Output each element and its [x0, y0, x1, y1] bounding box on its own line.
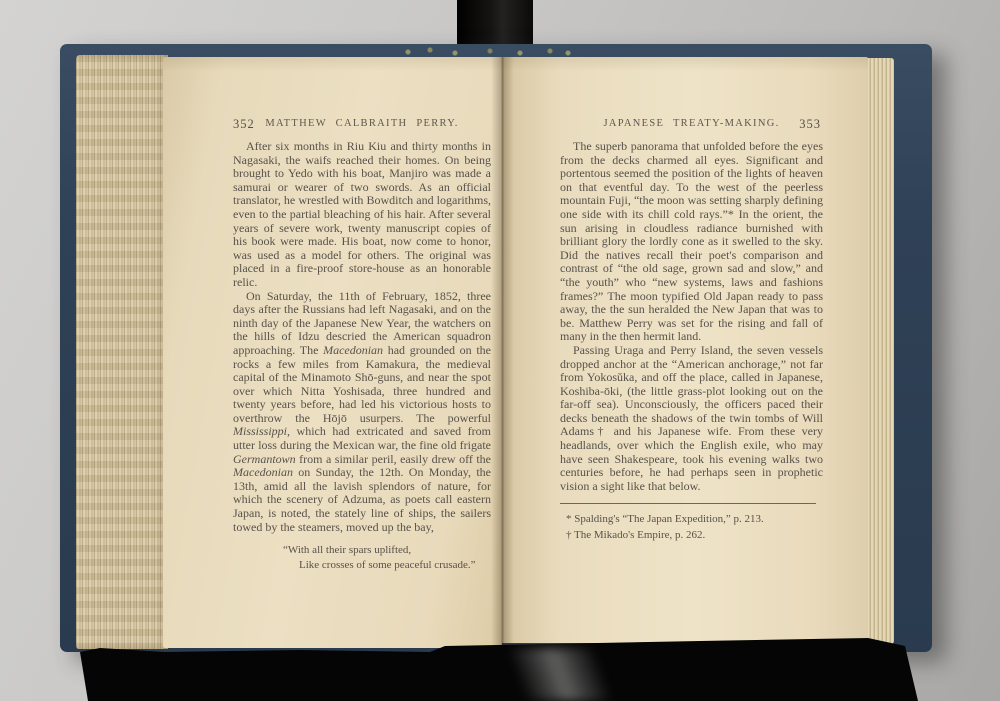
light-reflection — [495, 648, 625, 701]
body-paragraph: Passing Uraga and Perry Island, the seve… — [560, 344, 823, 494]
poem-quote: “With all their spars uplifted, Like cro… — [233, 543, 491, 572]
right-running-head-row: JAPANESE TREATY-MAKING. 353 — [560, 117, 823, 131]
right-page-number: 353 — [799, 117, 821, 132]
left-page-text: 352 MATTHEW CALBRAITH PERRY. After six m… — [233, 117, 491, 572]
left-body: After six months in Riu Kiu and thirty m… — [233, 140, 491, 534]
left-running-header: MATTHEW CALBRAITH PERRY. — [233, 118, 491, 129]
right-page-text: JAPANESE TREATY-MAKING. 353 The superb p… — [560, 117, 823, 543]
body-paragraph: After six months in Riu Kiu and thirty m… — [233, 140, 491, 290]
book-gutter — [491, 57, 514, 646]
left-running-head-row: 352 MATTHEW CALBRAITH PERRY. — [233, 117, 491, 131]
page-edges-left — [76, 55, 168, 649]
body-paragraph: The superb panorama that unfolded before… — [560, 140, 823, 344]
poem-line: “With all their spars uplifted, — [283, 543, 491, 558]
body-paragraph: On Saturday, the 11th of February, 1852,… — [233, 290, 491, 535]
right-body: The superb panorama that unfolded before… — [560, 140, 823, 493]
frayed-headband — [400, 47, 575, 57]
page-edges-right — [866, 58, 894, 644]
footnotes: * Spalding's “The Japan Expedition,” p. … — [560, 512, 823, 543]
book-photograph: 352 MATTHEW CALBRAITH PERRY. After six m… — [0, 0, 1000, 701]
footnote-mikado: † The Mikado's Empire, p. 262. — [560, 528, 823, 544]
right-running-header: JAPANESE TREATY-MAKING. — [560, 118, 823, 129]
footnote-spalding: * Spalding's “The Japan Expedition,” p. … — [560, 512, 823, 528]
poem-line: Like crosses of some peaceful crusade.” — [299, 558, 491, 573]
footnote-rule — [560, 503, 816, 504]
